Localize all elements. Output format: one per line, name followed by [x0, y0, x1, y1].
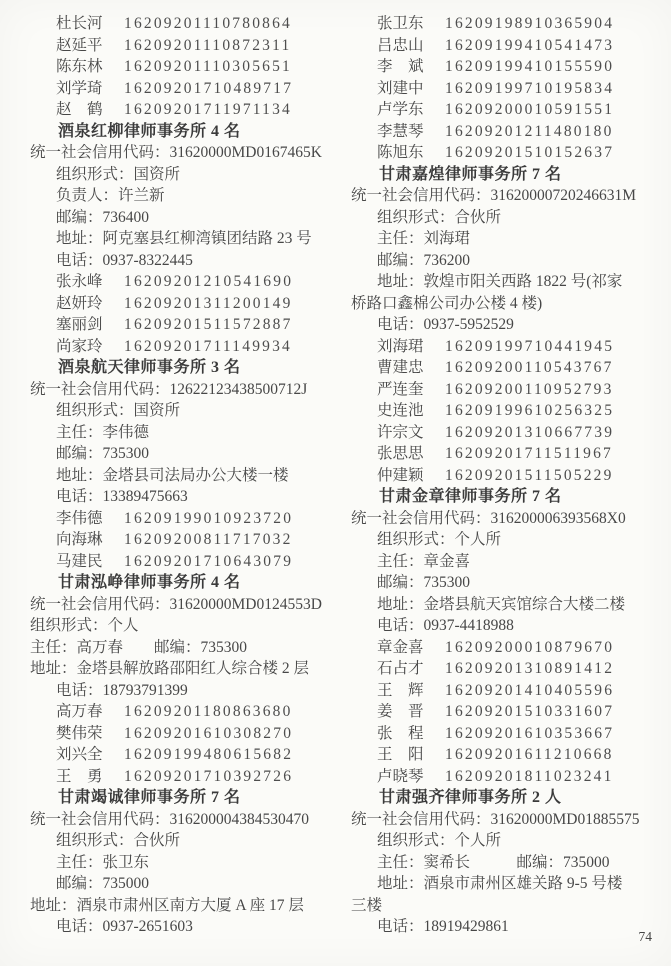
lawyer-row: 严连奎16209200110952793: [351, 379, 662, 401]
lawyer-name: 曹建忠: [377, 357, 445, 379]
license-number: 16209201710489717: [124, 78, 293, 100]
license-number: 16209201711149934: [124, 336, 292, 358]
license-number: 16209201610353667: [445, 723, 614, 745]
field-line: 统一社会信用代码：31620000MD0167465K: [30, 142, 341, 164]
field-line: 统一社会信用代码：12622123438500712J: [30, 379, 341, 401]
license-number: 16209201180863680: [124, 701, 293, 723]
lawyer-name: 马建民: [56, 551, 124, 573]
lawyer-name: 张卫东: [377, 13, 445, 35]
lawyer-name: 向海琳: [56, 529, 124, 551]
firm-name-heading: 甘肃强齐律师事务所 2 人: [351, 787, 662, 809]
lawyer-row: 卢晓琴16209201811023241: [351, 766, 662, 788]
lawyer-row: 赵 鹤16209201711971134: [30, 99, 341, 121]
license-number: 16209201510152637: [445, 142, 614, 164]
field-line: 主任：张卫东: [30, 852, 341, 874]
firm-name-heading: 甘肃泓峥律师事务所 4 名: [30, 572, 341, 594]
license-number: 16209200110952793: [445, 379, 614, 401]
firm-name-heading: 酒泉红柳律师事务所 4 名: [30, 121, 341, 143]
license-number: 16209201611210668: [445, 744, 614, 766]
lawyer-row: 马建民16209201710643079: [30, 551, 341, 573]
field-line: 地址：酒泉市肃州区雄关路 9-5 号楼: [351, 873, 662, 895]
license-number: 16209201610308270: [124, 723, 293, 745]
license-number: 16209201211480180: [445, 121, 614, 143]
lawyer-name: 王 勇: [56, 766, 124, 788]
license-number: 16209198910365904: [445, 13, 614, 35]
field-line: 电话：0937-4418988: [351, 615, 662, 637]
lawyer-row: 尚家玲16209201711149934: [30, 336, 341, 358]
field-line: 组织形式：合伙所: [30, 830, 341, 852]
lawyer-row: 樊伟荣16209201610308270: [30, 723, 341, 745]
field-line: 组织形式：国资所: [30, 400, 341, 422]
license-number: 16209199410541473: [445, 35, 614, 57]
field-line: 邮编：735300: [351, 572, 662, 594]
license-number: 16209201110872311: [124, 35, 291, 57]
lawyer-name: 张 程: [377, 723, 445, 745]
license-number: 16209201510331607: [445, 701, 614, 723]
field-line: 组织形式：国资所: [30, 164, 341, 186]
lawyer-row: 姜 晋16209201510331607: [351, 701, 662, 723]
lawyer-name: 李 斌: [377, 56, 445, 78]
license-number: 16209200811717032: [124, 529, 293, 551]
license-number: 16209200010591551: [445, 99, 614, 121]
firm-name-heading: 甘肃金章律师事务所 7 名: [351, 486, 662, 508]
lawyer-row: 仲建颖16209201511505229: [351, 465, 662, 487]
field-line: 电话：0937-5952529: [351, 314, 662, 336]
page-number: 74: [639, 929, 653, 945]
field-line: 主任：高万春 邮编：735300: [30, 637, 341, 659]
lawyer-row: 赵延平16209201110872311: [30, 35, 341, 57]
firm-name-heading: 酒泉航天律师事务所 3 名: [30, 357, 341, 379]
field-line: 地址：金塔县航天宾馆综合大楼二楼: [351, 594, 662, 616]
license-number: 16209201710643079: [124, 551, 293, 573]
lawyer-name: 杜长河: [56, 13, 124, 35]
field-line: 地址：金塔县解放路邵阳红人综合楼 2 层: [30, 658, 341, 680]
license-number: 16209199710195834: [445, 78, 614, 100]
document-page: 杜长河16209201110780864赵延平16209201110872311…: [0, 0, 671, 966]
lawyer-name: 仲建颖: [377, 465, 445, 487]
two-column-text-area: 杜长河16209201110780864赵延平16209201110872311…: [30, 13, 662, 938]
right-column: 张卫东16209198910365904吕忠山16209199410541473…: [351, 13, 662, 938]
license-number: 16209199410155590: [445, 56, 614, 78]
field-line: 电话：0937-2651603: [30, 916, 341, 938]
field-line: 电话：18793791399: [30, 680, 341, 702]
lawyer-row: 张 程16209201610353667: [351, 723, 662, 745]
license-number: 16209201310667739: [445, 422, 614, 444]
field-line: 组织形式：个人所: [351, 830, 662, 852]
lawyer-row: 张永峰16209201210541690: [30, 271, 341, 293]
lawyer-row: 刘海珺16209199710441945: [351, 336, 662, 358]
lawyer-name: 尚家玲: [56, 336, 124, 358]
field-line: 邮编：735000: [30, 873, 341, 895]
license-number: 16209201110305651: [124, 56, 292, 78]
lawyer-name: 刘学琦: [56, 78, 124, 100]
lawyer-name: 王 阳: [377, 744, 445, 766]
field-line: 统一社会信用代码：316200006393568X0: [351, 508, 662, 530]
license-number: 16209201511505229: [445, 465, 614, 487]
lawyer-name: 王 辉: [377, 680, 445, 702]
lawyer-name: 张思思: [377, 443, 445, 465]
field-line: 组织形式：个人所: [351, 529, 662, 551]
lawyer-row: 杜长河16209201110780864: [30, 13, 341, 35]
lawyer-row: 卢学东16209200010591551: [351, 99, 662, 121]
license-number: 16209201110780864: [124, 13, 292, 35]
firm-name-heading: 甘肃嘉煌律师事务所 7 名: [351, 164, 662, 186]
lawyer-name: 卢晓琴: [377, 766, 445, 788]
lawyer-name: 史连池: [377, 400, 445, 422]
license-number: 16209199610256325: [445, 400, 614, 422]
lawyer-row: 曹建忠16209200110543767: [351, 357, 662, 379]
lawyer-name: 刘兴全: [56, 744, 124, 766]
field-line: 主任：窦希长 邮编：735000: [351, 852, 662, 874]
field-line: 统一社会信用代码：316200004384530470: [30, 809, 341, 831]
license-number: 16209201310891412: [445, 658, 614, 680]
lawyer-row: 张卫东16209198910365904: [351, 13, 662, 35]
left-column: 杜长河16209201110780864赵延平16209201110872311…: [30, 13, 341, 938]
lawyer-row: 刘兴全16209199480615682: [30, 744, 341, 766]
lawyer-name: 陈东林: [56, 56, 124, 78]
lawyer-row: 李慧琴16209201211480180: [351, 121, 662, 143]
field-line: 邮编：736400: [30, 207, 341, 229]
field-line: 主任：李伟德: [30, 422, 341, 444]
lawyer-row: 李伟德16209199010923720: [30, 508, 341, 530]
license-number: 16209199010923720: [124, 508, 293, 530]
license-number: 16209201711971134: [124, 99, 292, 121]
lawyer-row: 石占才16209201310891412: [351, 658, 662, 680]
firm-name-heading: 甘肃竭诚律师事务所 7 名: [30, 787, 341, 809]
lawyer-row: 陈东林16209201110305651: [30, 56, 341, 78]
license-number: 16209199710441945: [445, 336, 614, 358]
field-line: 电话：18919429861: [351, 916, 662, 938]
field-line: 电话：0937-8322445: [30, 250, 341, 272]
lawyer-name: 陈旭东: [377, 142, 445, 164]
lawyer-row: 许宗文16209201310667739: [351, 422, 662, 444]
field-line: 地址：阿克塞县红柳湾镇团结路 23 号: [30, 228, 341, 250]
lawyer-name: 石占才: [377, 658, 445, 680]
license-number: 16209201210541690: [124, 271, 293, 293]
lawyer-row: 李 斌16209199410155590: [351, 56, 662, 78]
lawyer-name: 塞丽剑: [56, 314, 124, 336]
license-number: 16209200010879670: [445, 637, 614, 659]
field-line: 组织形式：个人: [30, 615, 341, 637]
license-number: 16209201410405596: [445, 680, 614, 702]
lawyer-row: 向海琳16209200811717032: [30, 529, 341, 551]
lawyer-name: 张永峰: [56, 271, 124, 293]
field-line: 电话：13389475663: [30, 486, 341, 508]
lawyer-row: 赵妍玲16209201311200149: [30, 293, 341, 315]
lawyer-row: 张思思16209201711511967: [351, 443, 662, 465]
lawyer-name: 赵妍玲: [56, 293, 124, 315]
field-line: 统一社会信用代码：31620000720246631M: [351, 185, 662, 207]
lawyer-row: 塞丽剑16209201511572887: [30, 314, 341, 336]
lawyer-name: 赵延平: [56, 35, 124, 57]
lawyer-name: 李慧琴: [377, 121, 445, 143]
license-number: 16209201711511967: [445, 443, 613, 465]
lawyer-name: 姜 晋: [377, 701, 445, 723]
field-line: 邮编：736200: [351, 250, 662, 272]
license-number: 16209201311200149: [124, 293, 293, 315]
field-line: 主任：刘海珺: [351, 228, 662, 250]
license-number: 16209200110543767: [445, 357, 614, 379]
lawyer-name: 赵 鹤: [56, 99, 124, 121]
lawyer-name: 李伟德: [56, 508, 124, 530]
license-number: 16209201710392726: [124, 766, 293, 788]
license-number: 16209201511572887: [124, 314, 293, 336]
lawyer-row: 王 辉16209201410405596: [351, 680, 662, 702]
lawyer-row: 王 阳16209201611210668: [351, 744, 662, 766]
lawyer-name: 刘建中: [377, 78, 445, 100]
field-line: 邮编：735300: [30, 443, 341, 465]
lawyer-row: 刘建中16209199710195834: [351, 78, 662, 100]
lawyer-name: 吕忠山: [377, 35, 445, 57]
lawyer-name: 高万春: [56, 701, 124, 723]
license-number: 16209201811023241: [445, 766, 614, 788]
lawyer-row: 王 勇16209201710392726: [30, 766, 341, 788]
field-line: 统一社会信用代码：31620000MD01885575: [351, 809, 662, 831]
lawyer-row: 章金喜16209200010879670: [351, 637, 662, 659]
field-line: 地址：敦煌市阳关西路 1822 号(祁家: [351, 271, 662, 293]
field-line: 主任：章金喜: [351, 551, 662, 573]
lawyer-name: 许宗文: [377, 422, 445, 444]
lawyer-name: 樊伟荣: [56, 723, 124, 745]
lawyer-row: 史连池16209199610256325: [351, 400, 662, 422]
license-number: 16209199480615682: [124, 744, 293, 766]
lawyer-name: 严连奎: [377, 379, 445, 401]
field-line: 三楼: [351, 895, 662, 917]
field-line: 地址：金塔县司法局办公大楼一楼: [30, 465, 341, 487]
lawyer-row: 刘学琦16209201710489717: [30, 78, 341, 100]
field-line: 地址：酒泉市肃州区南方大厦 A 座 17 层: [30, 895, 341, 917]
field-line: 组织形式：合伙所: [351, 207, 662, 229]
lawyer-name: 刘海珺: [377, 336, 445, 358]
lawyer-row: 高万春16209201180863680: [30, 701, 341, 723]
field-line: 负责人：许兰新: [30, 185, 341, 207]
lawyer-row: 陈旭东16209201510152637: [351, 142, 662, 164]
lawyer-name: 卢学东: [377, 99, 445, 121]
field-line: 桥路口鑫棉公司办公楼 4 楼): [351, 293, 662, 315]
field-line: 统一社会信用代码：31620000MD0124553D: [30, 594, 341, 616]
lawyer-row: 吕忠山16209199410541473: [351, 35, 662, 57]
lawyer-name: 章金喜: [377, 637, 445, 659]
